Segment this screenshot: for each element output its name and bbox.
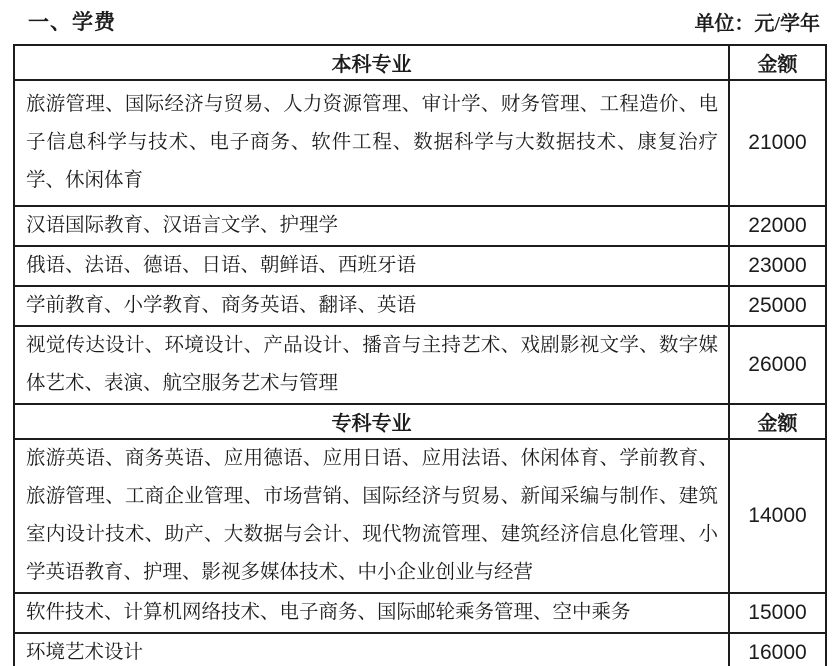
amount-cell: 23000 bbox=[729, 246, 826, 286]
tuition-fee-document: 一、学费 单位：元/学年 本科专业 金额 旅游管理、国际经济与贸易、人力资源管理… bbox=[0, 0, 837, 666]
page-title: 一、学费 bbox=[28, 6, 116, 36]
amount-cell: 22000 bbox=[729, 206, 826, 246]
amount-header-cell: 金额 bbox=[729, 45, 826, 80]
majors-cell: 旅游管理、国际经济与贸易、人力资源管理、审计学、财务管理、工程造价、电子信息科学… bbox=[14, 80, 729, 206]
table-row: 学前教育、小学教育、商务英语、翻译、英语 25000 bbox=[14, 286, 826, 326]
table-row: 俄语、法语、德语、日语、朝鲜语、西班牙语 23000 bbox=[14, 246, 826, 286]
document-header: 一、学费 单位：元/学年 bbox=[28, 4, 820, 38]
majors-cell: 学前教育、小学教育、商务英语、翻译、英语 bbox=[14, 286, 729, 326]
amount-cell: 16000 bbox=[729, 633, 826, 666]
table-header-undergraduate: 本科专业 金额 bbox=[14, 45, 826, 80]
majors-cell: 软件技术、计算机网络技术、电子商务、国际邮轮乘务管理、空中乘务 bbox=[14, 593, 729, 633]
majors-cell: 环境艺术设计 bbox=[14, 633, 729, 666]
table-row: 环境艺术设计 16000 bbox=[14, 633, 826, 666]
amount-cell: 26000 bbox=[729, 326, 826, 404]
unit-label: 单位：元/学年 bbox=[694, 7, 820, 36]
amount-cell: 15000 bbox=[729, 593, 826, 633]
table-row: 旅游管理、国际经济与贸易、人力资源管理、审计学、财务管理、工程造价、电子信息科学… bbox=[14, 80, 826, 206]
amount-header-cell: 金额 bbox=[729, 404, 826, 439]
table-row: 汉语国际教育、汉语言文学、护理学 22000 bbox=[14, 206, 826, 246]
tuition-fee-table: 本科专业 金额 旅游管理、国际经济与贸易、人力资源管理、审计学、财务管理、工程造… bbox=[13, 44, 827, 666]
amount-cell: 21000 bbox=[729, 80, 826, 206]
table-row: 视觉传达设计、环境设计、产品设计、播音与主持艺术、戏剧影视文学、数字媒体艺术、表… bbox=[14, 326, 826, 404]
majors-cell: 俄语、法语、德语、日语、朝鲜语、西班牙语 bbox=[14, 246, 729, 286]
majors-cell: 汉语国际教育、汉语言文学、护理学 bbox=[14, 206, 729, 246]
majors-cell: 视觉传达设计、环境设计、产品设计、播音与主持艺术、戏剧影视文学、数字媒体艺术、表… bbox=[14, 326, 729, 404]
majors-cell: 旅游英语、商务英语、应用德语、应用日语、应用法语、休闲体育、学前教育、旅游管理、… bbox=[14, 439, 729, 593]
vocational-header-cell: 专科专业 bbox=[14, 404, 729, 439]
table-row: 软件技术、计算机网络技术、电子商务、国际邮轮乘务管理、空中乘务 15000 bbox=[14, 593, 826, 633]
amount-cell: 25000 bbox=[729, 286, 826, 326]
undergraduate-header-cell: 本科专业 bbox=[14, 45, 729, 80]
table-row: 旅游英语、商务英语、应用德语、应用日语、应用法语、休闲体育、学前教育、旅游管理、… bbox=[14, 439, 826, 593]
table-header-vocational: 专科专业 金额 bbox=[14, 404, 826, 439]
amount-cell: 14000 bbox=[729, 439, 826, 593]
